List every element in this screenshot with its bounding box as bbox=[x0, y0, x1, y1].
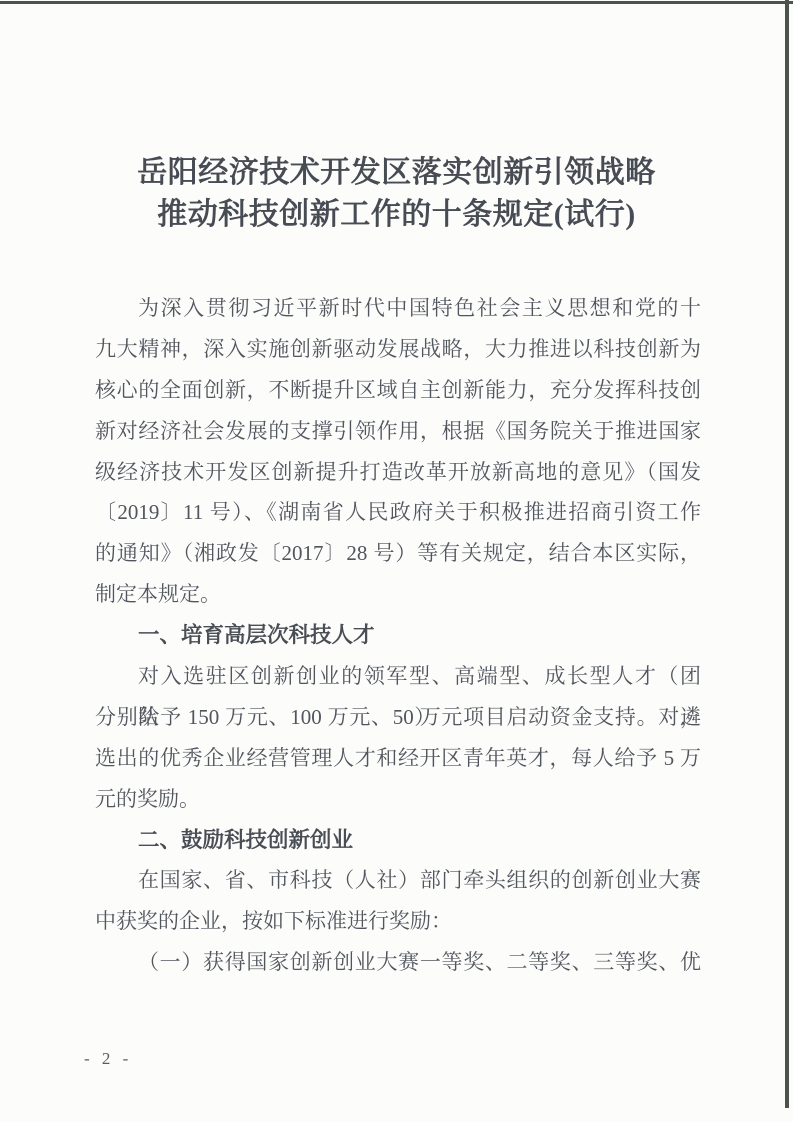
body-line: 分别给予 150 万元、100 万元、50 万元项目启动资金支持。对遴 bbox=[95, 697, 701, 738]
page-number: - 2 - bbox=[84, 1046, 132, 1072]
document-body: 为深入贯彻习近平新时代中国特色社会主义思想和党的十 九大精神，深入实施创新驱动发… bbox=[95, 288, 701, 983]
section-heading-2: 二、鼓励科技创新创业 bbox=[95, 820, 701, 861]
document-title-line-1: 岳阳经济技术开发区落实创新引领战略 bbox=[0, 152, 793, 194]
body-line: 选出的优秀企业经营管理人才和经开区青年英才，每人给予 5 万 bbox=[95, 738, 701, 779]
body-line: 制定本规定。 bbox=[95, 574, 701, 615]
scan-edge-top bbox=[0, 1, 793, 4]
body-line: 级经济技术开发区创新提升打造改革开放新高地的意见》（国发 bbox=[95, 452, 701, 493]
body-line: 对入选驻区创新创业的领军型、高端型、成长型人才（团队）， bbox=[95, 656, 701, 697]
body-line: 的通知》（湘政发〔2017〕28 号）等有关规定，结合本区实际， bbox=[95, 533, 701, 574]
body-line: 在国家、省、市科技（人社）部门牵头组织的创新创业大赛 bbox=[95, 860, 701, 901]
body-line: （一）获得国家创新创业大赛一等奖、二等奖、三等奖、优 bbox=[95, 942, 701, 983]
scanned-document-page: 岳阳经济技术开发区落实创新引领战略 推动科技创新工作的十条规定(试行) 为深入贯… bbox=[0, 0, 793, 1122]
document-title: 岳阳经济技术开发区落实创新引领战略 推动科技创新工作的十条规定(试行) bbox=[0, 152, 793, 236]
body-line: 九大精神，深入实施创新驱动发展战略，大力推进以科技创新为 bbox=[95, 329, 701, 370]
body-line: 中获奖的企业，按如下标准进行奖励： bbox=[95, 901, 701, 942]
body-line: 为深入贯彻习近平新时代中国特色社会主义思想和党的十 bbox=[95, 288, 701, 329]
body-line: 元的奖励。 bbox=[95, 779, 701, 820]
document-title-line-2: 推动科技创新工作的十条规定(试行) bbox=[0, 194, 793, 236]
section-heading-1: 一、培育高层次科技人才 bbox=[95, 615, 701, 656]
body-line: 新对经济社会发展的支撑引领作用，根据《国务院关于推进国家 bbox=[95, 411, 701, 452]
body-line: 核心的全面创新，不断提升区域自主创新能力，充分发挥科技创 bbox=[95, 370, 701, 411]
body-line: 〔2019〕11 号）、《湖南省人民政府关于积极推进招商引资工作 bbox=[95, 492, 701, 533]
